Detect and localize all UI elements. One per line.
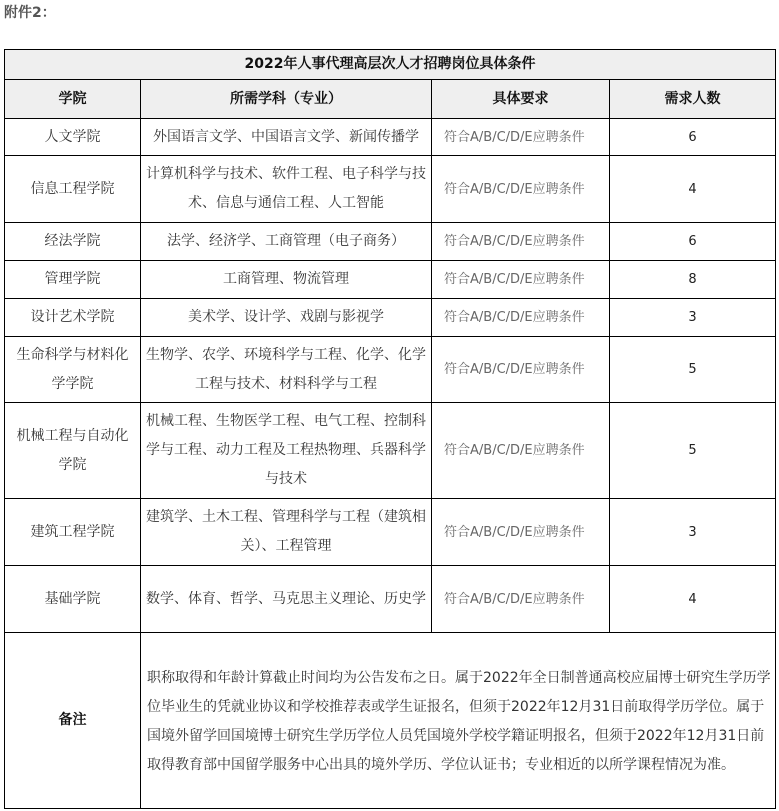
count-cell: 6 — [610, 119, 776, 156]
count-cell: 4 — [610, 566, 776, 633]
table-row: 经法学院 法学、经济学、工商管理（电子商务） 符合A/B/C/D/E应聘条件 6 — [5, 223, 776, 261]
count-cell: 6 — [610, 223, 776, 261]
attachment-label: 附件2： — [4, 3, 56, 23]
requirement-cell: 符合A/B/C/D/E应聘条件 — [432, 261, 610, 299]
majors-cell: 数学、体育、哲学、马克思主义理论、历史学 — [141, 566, 432, 633]
requirement-cell: 符合A/B/C/D/E应聘条件 — [432, 156, 610, 223]
note-row: 备注 职称取得和年龄计算截止时间均为公告发布之日。属于2022年全日制普通高校应… — [5, 633, 776, 809]
majors-cell: 工商管理、物流管理 — [141, 261, 432, 299]
table-row: 基础学院 数学、体育、哲学、马克思主义理论、历史学 符合A/B/C/D/E应聘条… — [5, 566, 776, 633]
college-cell: 建筑工程学院 — [5, 499, 141, 566]
count-cell: 4 — [610, 156, 776, 223]
header-majors: 所需学科（专业） — [141, 80, 432, 119]
table-row: 生命科学与材料化学学院 生物学、农学、环境科学与工程、化学、化学工程与技术、材料… — [5, 337, 776, 403]
college-cell: 信息工程学院 — [5, 156, 141, 223]
majors-cell: 外国语言文学、中国语言文学、新闻传播学 — [141, 119, 432, 156]
majors-cell: 生物学、农学、环境科学与工程、化学、化学工程与技术、材料科学与工程 — [141, 337, 432, 403]
recruitment-conditions-table: 2022年人事代理高层次人才招聘岗位具体条件 学院 所需学科（专业） 具体要求 … — [4, 49, 776, 809]
count-cell: 3 — [610, 499, 776, 566]
requirement-cell: 符合A/B/C/D/E应聘条件 — [432, 299, 610, 337]
note-text: 职称取得和年龄计算截止时间均为公告发布之日。属于2022年全日制普通高校应届博士… — [141, 633, 776, 809]
college-cell: 基础学院 — [5, 566, 141, 633]
note-label: 备注 — [5, 633, 141, 809]
college-cell: 经法学院 — [5, 223, 141, 261]
header-count: 需求人数 — [610, 80, 776, 119]
table-row: 设计艺术学院 美术学、设计学、戏剧与影视学 符合A/B/C/D/E应聘条件 3 — [5, 299, 776, 337]
count-cell: 5 — [610, 337, 776, 403]
table-row: 信息工程学院 计算机科学与技术、软件工程、电子科学与技术、信息与通信工程、人工智… — [5, 156, 776, 223]
majors-cell: 机械工程、生物医学工程、电气工程、控制科学与工程、动力工程及工程热物理、兵器科学… — [141, 403, 432, 499]
header-college: 学院 — [5, 80, 141, 119]
college-cell: 机械工程与自动化学院 — [5, 403, 141, 499]
requirement-cell: 符合A/B/C/D/E应聘条件 — [432, 337, 610, 403]
college-cell: 人文学院 — [5, 119, 141, 156]
requirement-cell: 符合A/B/C/D/E应聘条件 — [432, 566, 610, 633]
table-title-row: 2022年人事代理高层次人才招聘岗位具体条件 — [5, 50, 776, 80]
majors-cell: 建筑学、土木工程、管理科学与工程（建筑相关）、工程管理 — [141, 499, 432, 566]
college-cell: 设计艺术学院 — [5, 299, 141, 337]
majors-cell: 美术学、设计学、戏剧与影视学 — [141, 299, 432, 337]
table-header-row: 学院 所需学科（专业） 具体要求 需求人数 — [5, 80, 776, 119]
count-cell: 8 — [610, 261, 776, 299]
count-cell: 3 — [610, 299, 776, 337]
header-requirement: 具体要求 — [432, 80, 610, 119]
majors-cell: 法学、经济学、工商管理（电子商务） — [141, 223, 432, 261]
requirement-cell: 符合A/B/C/D/E应聘条件 — [432, 499, 610, 566]
count-cell: 5 — [610, 403, 776, 499]
requirement-cell: 符合A/B/C/D/E应聘条件 — [432, 119, 610, 156]
college-cell: 生命科学与材料化学学院 — [5, 337, 141, 403]
table-title: 2022年人事代理高层次人才招聘岗位具体条件 — [5, 50, 776, 80]
majors-cell: 计算机科学与技术、软件工程、电子科学与技术、信息与通信工程、人工智能 — [141, 156, 432, 223]
table-row: 管理学院 工商管理、物流管理 符合A/B/C/D/E应聘条件 8 — [5, 261, 776, 299]
requirement-cell: 符合A/B/C/D/E应聘条件 — [432, 403, 610, 499]
table-row: 机械工程与自动化学院 机械工程、生物医学工程、电气工程、控制科学与工程、动力工程… — [5, 403, 776, 499]
table-row: 人文学院 外国语言文学、中国语言文学、新闻传播学 符合A/B/C/D/E应聘条件… — [5, 119, 776, 156]
college-cell: 管理学院 — [5, 261, 141, 299]
requirement-cell: 符合A/B/C/D/E应聘条件 — [432, 223, 610, 261]
table-row: 建筑工程学院 建筑学、土木工程、管理科学与工程（建筑相关）、工程管理 符合A/B… — [5, 499, 776, 566]
